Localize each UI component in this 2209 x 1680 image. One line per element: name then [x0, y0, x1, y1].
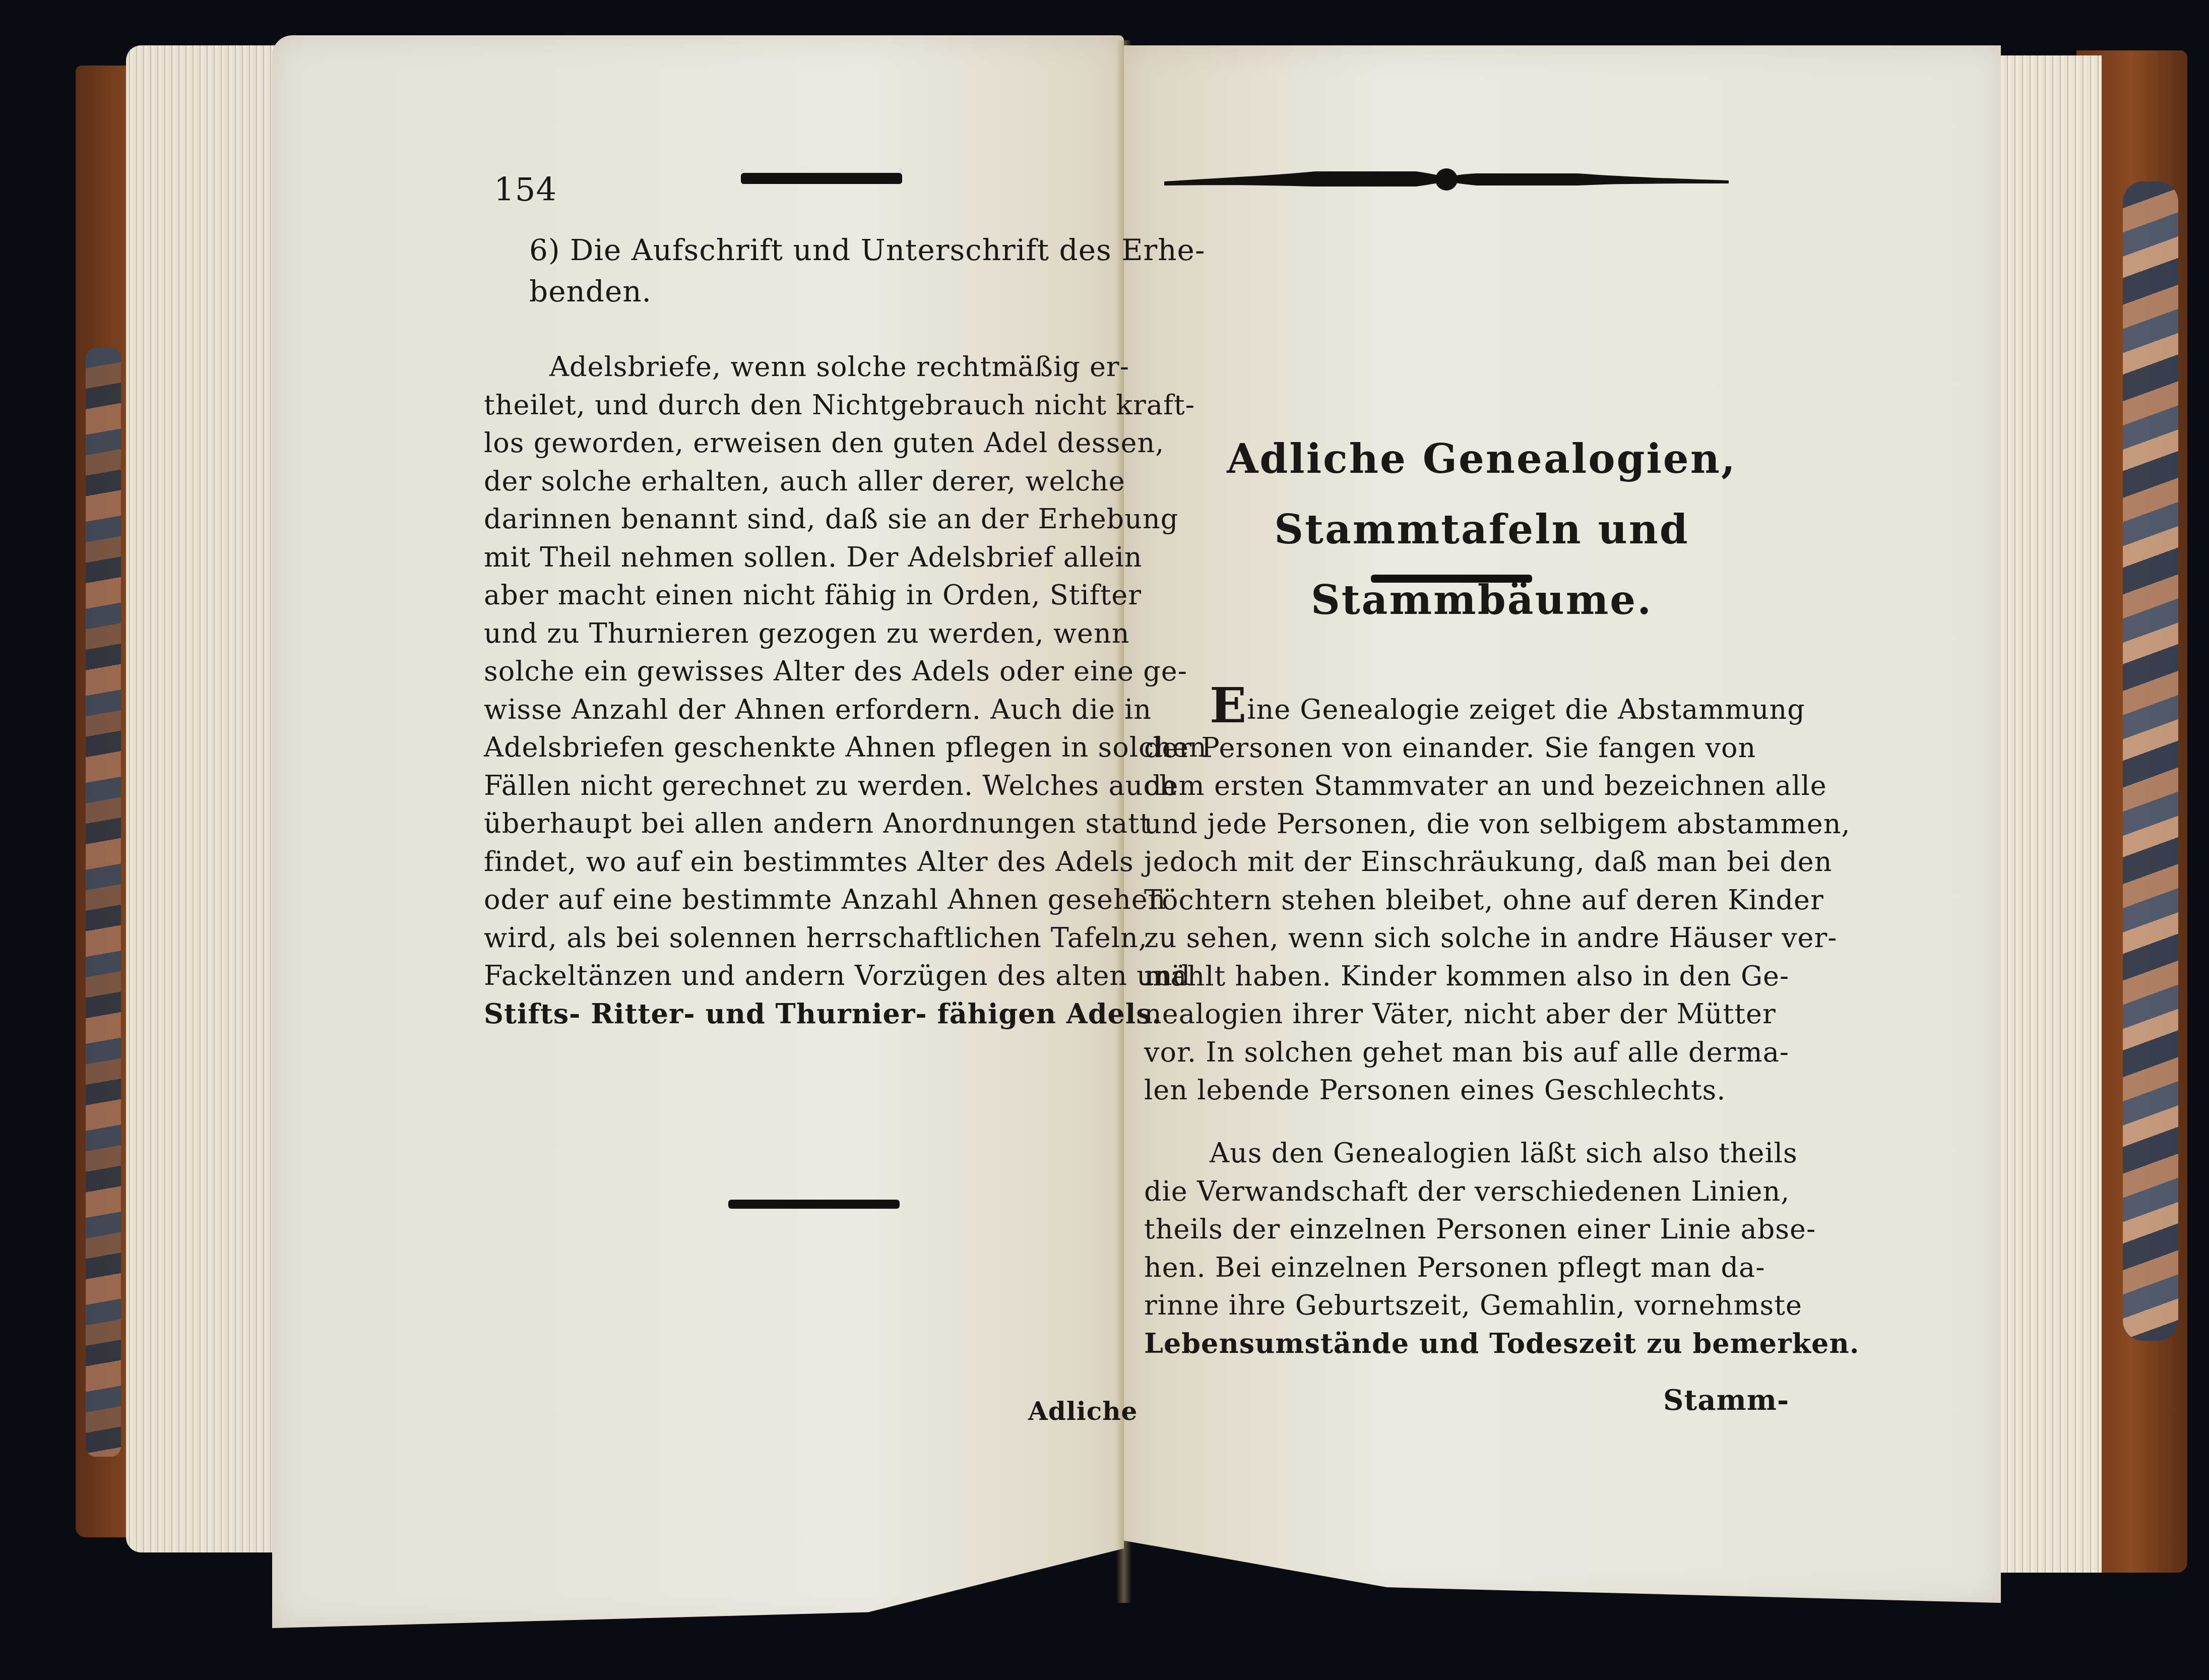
marbled-board-left: [86, 348, 121, 1457]
paragraph-genealogy-definition: Eine Genealogie zeiget die Abstammung de…: [1144, 691, 1809, 1109]
text-line: darinnen benannt sind, daß sie an der Er…: [484, 500, 1109, 538]
marbled-board-right: [2123, 181, 2178, 1341]
text-line: theilet, und durch den Nichtgebrauch nic…: [484, 386, 1109, 424]
ornament-divider-icon: [1164, 166, 1729, 192]
text-line: Stifts- Ritter- und Thurnier- fähigen Ad…: [484, 995, 1109, 1033]
text-line: der Personen von einander. Sie fangen vo…: [1144, 729, 1809, 767]
text-line: nealogien ihrer Väter, nicht aber der Mü…: [1144, 995, 1809, 1033]
text-line: Töchtern stehen bleibet, ohne auf deren …: [1144, 881, 1809, 919]
text-line: jedoch mit der Einschräukung, daß man be…: [1144, 843, 1809, 881]
page-edges-left: [126, 45, 282, 1552]
text-line: Adelsbriefe, wenn solche rechtmäßig er-: [484, 348, 1109, 386]
text-line: los geworden, erweisen den guten Adel de…: [484, 424, 1109, 462]
text-line: und jede Personen, die von selbigem abst…: [1144, 805, 1809, 843]
left-body-text: Adelsbriefe, wenn solche rechtmäßig er- …: [484, 348, 1109, 1033]
catchword-right: Stamm-: [1663, 1384, 1789, 1417]
text-line: mählt haben. Kinder kommen also in den G…: [1144, 957, 1809, 995]
drop-cap: E: [1210, 691, 1247, 729]
catchword-left: Adliche: [1028, 1396, 1138, 1426]
text-line: überhaupt bei allen andern Anordnungen s…: [484, 804, 1109, 843]
page-edges-right: [1996, 55, 2102, 1573]
text-line: theils der einzelnen Personen einer Lini…: [1144, 1210, 1809, 1249]
text-line: die Verwandschaft der verschiedenen Lini…: [1144, 1172, 1809, 1211]
title-line: Adliche Genealogien,: [1144, 423, 1819, 494]
header-rule-left: [741, 169, 902, 184]
text-line: dem ersten Stammvater an und bezeichnen …: [1144, 767, 1809, 805]
heading-line: 6) Die Aufschrift und Unterschrift des E…: [529, 229, 1109, 271]
text-line: Aus den Genealogien läßt sich also theil…: [1144, 1134, 1809, 1172]
chapter-title: Adliche Genealogien, Stammtafeln und Sta…: [1144, 423, 1819, 635]
text-line: und zu Thurnieren gezogen zu werden, wen…: [484, 614, 1109, 653]
heading-line: benden.: [529, 271, 1109, 312]
text-line: Fällen nicht gerechnet zu werden. Welche…: [484, 767, 1109, 805]
text-line: der solche erhalten, auch aller derer, w…: [484, 462, 1109, 501]
text-line: oder auf eine bestimmte Anzahl Ahnen ges…: [484, 881, 1109, 919]
text-line: mit Theil nehmen sollen. Der Adelsbrief …: [484, 538, 1109, 577]
text-line-rest: ine Genealogie zeiget die Abstammung: [1247, 691, 1805, 729]
text-line: Fackeltänzen und andern Vorzügen des alt…: [484, 957, 1109, 995]
text-line: zu sehen, wenn sich solche in andre Häus…: [1144, 919, 1809, 957]
text-line: vor. In solchen gehet man bis auf alle d…: [1144, 1033, 1809, 1072]
page-number: 154: [494, 171, 557, 209]
text-line: rinne ihre Geburtszeit, Gemahlin, vorneh…: [1144, 1286, 1809, 1325]
text-line: findet, wo auf ein bestimmtes Alter des …: [484, 843, 1109, 881]
end-rule-left: [728, 1200, 900, 1209]
text-line: len lebende Personen eines Geschlechts.: [1144, 1071, 1809, 1109]
title-line: Stammtafeln und Stammbäume.: [1144, 494, 1819, 635]
text-line: Adelsbriefen geschenkte Ahnen pflegen in…: [484, 728, 1109, 767]
text-line: solche ein gewisses Alter des Adels oder…: [484, 652, 1109, 691]
text-line: wisse Anzahl der Ahnen erfordern. Auch d…: [484, 691, 1109, 729]
text-line: hen. Bei einzelnen Personen pflegt man d…: [1144, 1249, 1809, 1287]
text-line: Eine Genealogie zeiget die Abstammung: [1144, 691, 1809, 729]
paragraph-genealogy-uses: Aus den Genealogien läßt sich also theil…: [1144, 1134, 1809, 1362]
text-line: wird, als bei solennen herrschaftlichen …: [484, 919, 1109, 957]
text-line: Lebensumstände und Todeszeit zu bemerken…: [1144, 1325, 1809, 1363]
title-rule: [1371, 575, 1532, 583]
text-line: aber macht einen nicht fähig in Orden, S…: [484, 576, 1109, 614]
section-heading: 6) Die Aufschrift und Unterschrift des E…: [529, 229, 1109, 312]
